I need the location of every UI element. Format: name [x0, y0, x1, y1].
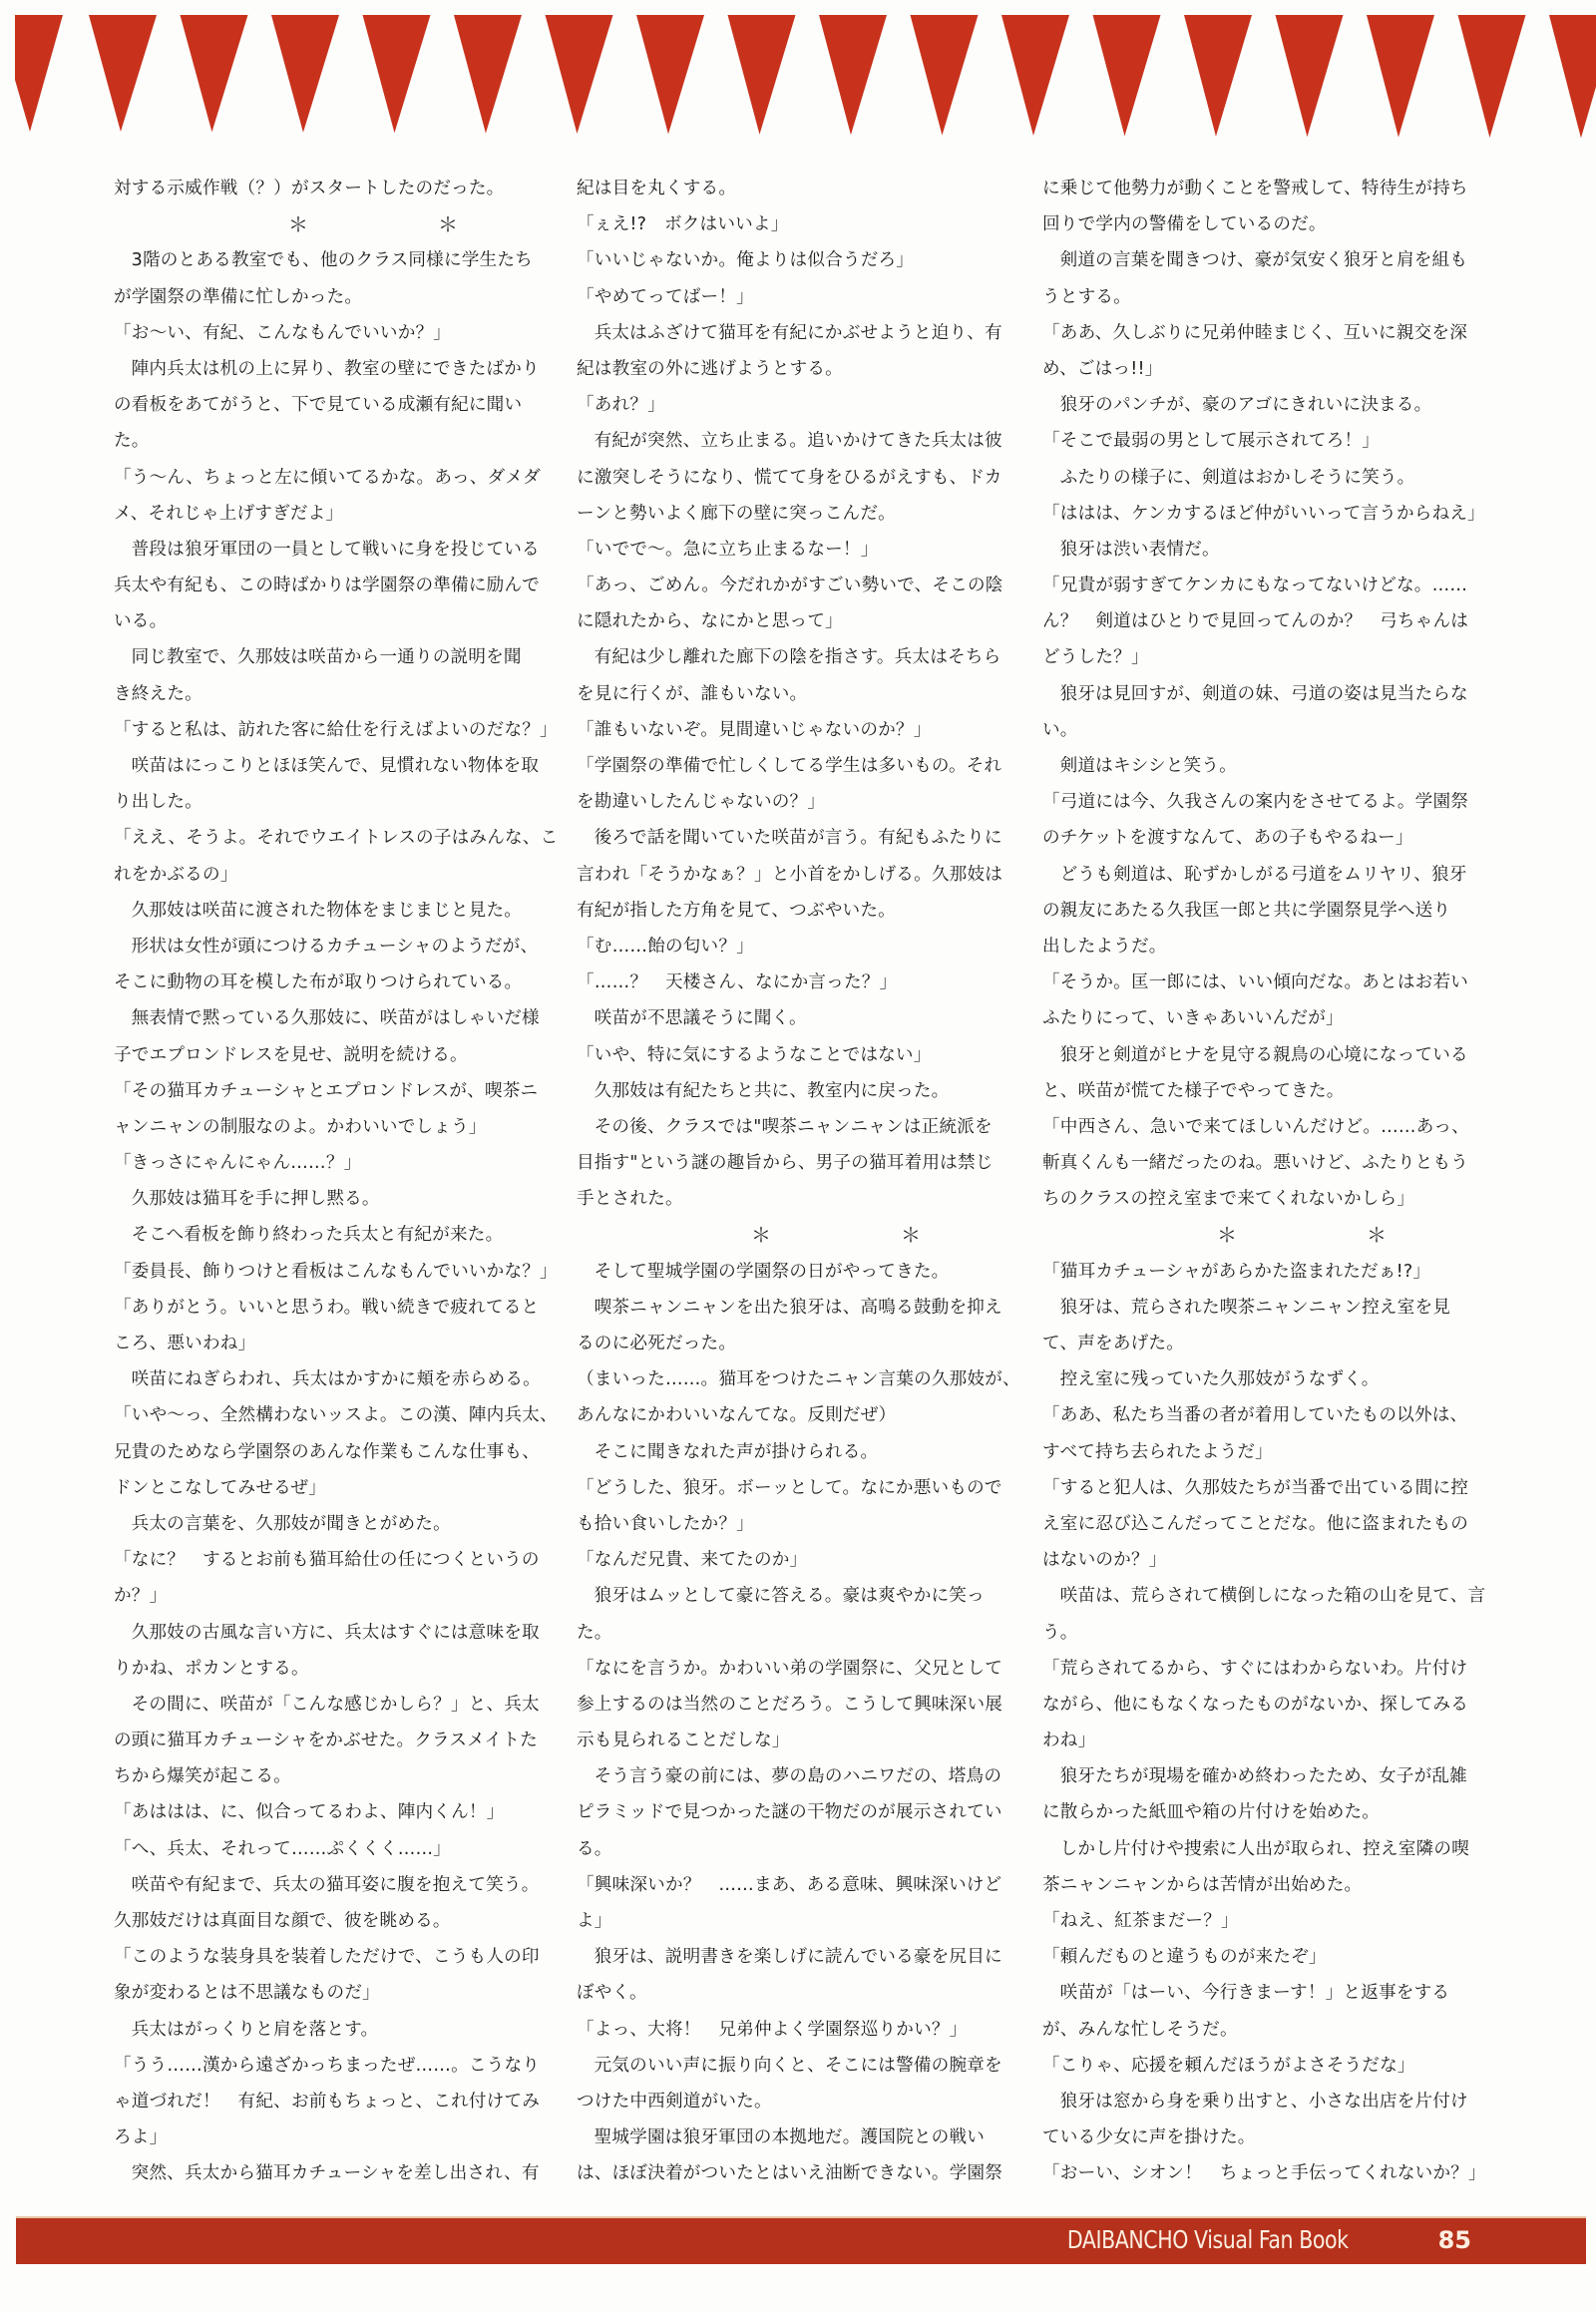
text-line: （まいった……。猫耳をつけたニャン言葉の久那妓が、: [577, 1361, 1015, 1397]
text-line: に乗じて他勢力が動くことを警戒して、特待生が持ち: [1042, 171, 1481, 206]
asterisk-right-icon: ＊: [438, 206, 458, 242]
text-line: 「兄貴が弱すぎてケンカにもなってないけどな。……: [1042, 568, 1481, 603]
text-line: ん？ 剣道はひとりで見回ってんのか？ 弓ちゃんは: [1042, 603, 1481, 639]
paragraph-start-line: 3階のとある教室でも、他のクラス同様に学生たち: [114, 242, 553, 278]
text-line: 「なにを言うか。かわいい弟の学園祭に、父兄として: [577, 1651, 1015, 1687]
text-line: い。: [1042, 712, 1481, 748]
text-line: 「委員長、飾りつけと看板はこんなもんでいいかな？」: [114, 1254, 553, 1290]
pennant-flags-decoration: [0, 0, 1596, 160]
paragraph-start-line: そこへ看板を飾り終わった兵太と有紀が来た。: [114, 1217, 553, 1253]
text-line: 「きっさにゃんにゃん……？」: [114, 1145, 553, 1181]
text-line: 「誰もいないぞ。見間違いじゃないのか？」: [577, 712, 1015, 748]
text-line: 茶ニャンニャンからは苦情が出始めた。: [1042, 1867, 1481, 1903]
paragraph-start-line: 久那妓は猫耳を手に押し黙る。: [114, 1181, 553, 1217]
text-line: ふたりにって、いきゃあいいんだが」: [1042, 1000, 1481, 1036]
paragraph-start-line: 咲苗はにっこりとほほ笑んで、見慣れない物体を取: [114, 748, 553, 784]
text-line: ちから爆笑が起こる。: [114, 1758, 553, 1794]
text-line: 「ああ、私たち当番の者が着用していたもの以外は、: [1042, 1397, 1481, 1433]
paragraph-start-line: 咲苗や有紀まで、兵太の猫耳姿に腹を抱えて笑う。: [114, 1867, 553, 1903]
text-line: た。: [577, 1615, 1015, 1651]
text-line: 紀は教室の外に逃げようとする。: [577, 351, 1015, 387]
text-line: そこに動物の耳を模した布が取りつけられている。: [114, 964, 553, 1000]
text-line: 兵太や有紀も、この時ばかりは学園祭の準備に励んで: [114, 568, 553, 603]
paragraph-start-line: 咲苗が不思議そうに聞く。: [577, 1000, 1015, 1036]
text-line: ころ、悪いわね」: [114, 1326, 553, 1361]
text-line: 「やめてってばー！」: [577, 279, 1015, 315]
paragraph-start-line: 狼牙のパンチが、豪のアゴにきれいに決まる。: [1042, 387, 1481, 423]
text-line: 手とされた。: [577, 1181, 1015, 1217]
asterisk-left-icon: ＊: [751, 1217, 771, 1253]
text-line: 出したようだ。: [1042, 929, 1481, 964]
paragraph-start-line: そして聖城学園の学園祭の日がやってきた。: [577, 1254, 1015, 1290]
paragraph-start-line: 狼牙は渋い表情だ。: [1042, 532, 1481, 568]
section-separator: ＊＊: [577, 1217, 1015, 1253]
paragraph-start-line: そこに聞きなれた声が掛けられる。: [577, 1434, 1015, 1470]
text-line: う。: [1042, 1615, 1481, 1651]
text-column-left: 対する示威作戦（？）がスタートしたのだった。＊＊3階のとある教室でも、他のクラス…: [114, 171, 553, 2192]
text-line: ている少女に声を掛けた。: [1042, 2120, 1481, 2155]
page-number: 85: [1438, 2226, 1471, 2254]
paragraph-start-line: 普段は狼牙軍団の一員として戦いに身を投じている: [114, 532, 553, 568]
text-line: 「こりゃ、応援を頼んだほうがよさそうだな」: [1042, 2048, 1481, 2084]
text-line: に隠れたから、なにかと思って」: [577, 603, 1015, 639]
text-line: 兄貴のためなら学園祭のあんな作業もこんな仕事も、: [114, 1434, 553, 1470]
paragraph-start-line: そう言う豪の前には、夢の島のハニワだの、塔鳥の: [577, 1758, 1015, 1794]
text-line: 「おーい、シオン！ ちょっと手伝ってくれないか？」: [1042, 2155, 1481, 2191]
paragraph-start-line: 同じ教室で、久那妓は咲苗から一通りの説明を聞: [114, 639, 553, 675]
text-line: ーンと勢いよく廊下の壁に突っこんだ。: [577, 496, 1015, 532]
text-line: 「ははは、ケンカするほど仲がいいって言うからねえ」: [1042, 496, 1481, 532]
text-line: ながら、他にもなくなったものがないか、探してみる: [1042, 1687, 1481, 1723]
paragraph-start-line: 突然、兵太から猫耳カチューシャを差し出され、有: [114, 2155, 553, 2191]
text-line: るのに必死だった。: [577, 1326, 1015, 1361]
paragraph-start-line: 咲苗は、荒らされて横倒しになった箱の山を見て、言: [1042, 1578, 1481, 1614]
text-line: め、ごはっ!!」: [1042, 351, 1481, 387]
text-line: 言われ「そうかなぁ？」と小首をかしげる。久那妓は: [577, 857, 1015, 893]
text-line: 斬真くんも一緒だったのね。悪いけど、ふたりともう: [1042, 1145, 1481, 1181]
paragraph-start-line: 狼牙は窓から身を乗り出すと、小さな出店を片付け: [1042, 2084, 1481, 2120]
paragraph-start-line: 形状は女性が頭につけるカチューシャのようだが、: [114, 929, 553, 964]
text-line: 目指す"という謎の趣旨から、男子の猫耳着用は禁じ: [577, 1145, 1015, 1181]
paragraph-start-line: 剣道の言葉を聞きつけ、豪が気安く狼牙と肩を組も: [1042, 242, 1481, 278]
text-column-right: に乗じて他勢力が動くことを警戒して、特待生が持ち回りで学内の警備をしているのだ。…: [1042, 171, 1481, 2192]
text-line: ちのクラスの控え室まで来てくれないかしら」: [1042, 1181, 1481, 1217]
paragraph-start-line: 喫茶ニャンニャンを出た狼牙は、高鳴る鼓動を抑え: [577, 1290, 1015, 1326]
text-line: 「そうか。匡一郎には、いい傾向だな。あとはお若い: [1042, 964, 1481, 1000]
text-line: 「うう……漢から遠ざかっちまったぜ……。こうなり: [114, 2048, 553, 2084]
paragraph-start-line: 兵太の言葉を、久那妓が聞きとがめた。: [114, 1506, 553, 1542]
text-line: 参上するのは当然のことだろう。こうして興味深い展: [577, 1687, 1015, 1723]
text-line: いる。: [114, 603, 553, 639]
paragraph-start-line: 狼牙と剣道がヒナを見守る親鳥の心境になっている: [1042, 1037, 1481, 1073]
text-line: すべて持ち去られたようだ」: [1042, 1434, 1481, 1470]
text-line: 「なに？ するとお前も猫耳給仕の任につくというの: [114, 1542, 553, 1578]
text-line: 「……？ 天楼さん、なにか言った？」: [577, 964, 1015, 1000]
text-line: 「あっ、ごめん。今だれかがすごい勢いで、そこの陰: [577, 568, 1015, 603]
paragraph-start-line: 久那妓は咲苗に渡された物体をまじまじと見た。: [114, 893, 553, 929]
text-line: 「ええ、そうよ。それでウエイトレスの子はみんな、こ: [114, 820, 553, 856]
text-line: 「う〜ん、ちょっと左に傾いてるかな。あっ、ダメダ: [114, 460, 553, 496]
text-line: 「どうした、狼牙。ボーッとして。なにか悪いもので: [577, 1470, 1015, 1506]
paragraph-start-line: 兵太はがっくりと肩を落とす。: [114, 2012, 553, 2048]
text-line: ゃ道づれだ！ 有紀、お前もちょっと、これ付けてみ: [114, 2084, 553, 2120]
text-line: 「ねえ、紅茶まだー？」: [1042, 1903, 1481, 1939]
text-line: 「ああ、久しぶりに兄弟仲睦まじく、互いに親交を深: [1042, 315, 1481, 351]
text-line: も拾い食いしたか？」: [577, 1506, 1015, 1542]
paragraph-start-line: 久那妓は有紀たちと共に、教室内に戻った。: [577, 1073, 1015, 1109]
text-line: うとする。: [1042, 279, 1481, 315]
paragraph-start-line: 控え室に残っていた久那妓がうなずく。: [1042, 1361, 1481, 1397]
text-line: わね」: [1042, 1723, 1481, 1758]
text-line: 「頼んだものと違うものが来たぞ」: [1042, 1939, 1481, 1975]
paragraph-start-line: その後、クラスでは"喫茶ニャンニャンは正統派を: [577, 1109, 1015, 1145]
bunting-pennant-banner: [0, 0, 1596, 160]
paragraph-start-line: 久那妓の古風な言い方に、兵太はすぐには意味を取: [114, 1615, 553, 1651]
text-line: 「お〜い、有紀、こんなもんでいいか？」: [114, 315, 553, 351]
paragraph-start-line: しかし片付けや捜索に人出が取られ、控え室隣の喫: [1042, 1831, 1481, 1867]
section-separator: ＊＊: [1042, 1217, 1481, 1253]
text-line: 子でエプロンドレスを見せ、説明を続ける。: [114, 1037, 553, 1073]
footer-bar: DAIBANCHO Visual Fan Book 85: [16, 2216, 1586, 2264]
text-line: 「興味深いか？ ……まあ、ある意味、興味深いけど: [577, 1867, 1015, 1903]
text-line: と、咲苗が慌てた様子でやってきた。: [1042, 1073, 1481, 1109]
text-line: を見に行くが、誰もいない。: [577, 676, 1015, 712]
paragraph-start-line: 狼牙は見回すが、剣道の妹、弓道の姿は見当たらな: [1042, 676, 1481, 712]
text-line: ろよ」: [114, 2120, 553, 2155]
text-line: 「いや〜っ、全然構わないッスよ。この漢、陣内兵太、: [114, 1397, 553, 1433]
text-line: が、みんな忙しそうだ。: [1042, 2012, 1481, 2048]
text-line: る。: [577, 1831, 1015, 1867]
text-line: 「よっ、大将！ 兄弟仲よく学園祭巡りかい？」: [577, 2012, 1015, 2048]
text-line: 「あれ？」: [577, 387, 1015, 423]
text-line: 対する示威作戦（？）がスタートしたのだった。: [114, 171, 553, 206]
text-line: 「すると私は、訪れた客に給仕を行えばよいのだな？」: [114, 712, 553, 748]
paragraph-start-line: 元気のいい声に振り向くと、そこには警備の腕章を: [577, 2048, 1015, 2084]
text-line: 「そこで最弱の男として展示されてろ！」: [1042, 423, 1481, 459]
text-line: 「む……飴の匂い？」: [577, 929, 1015, 964]
text-line: どうした？」: [1042, 639, 1481, 675]
asterisk-right-icon: ＊: [1367, 1217, 1387, 1253]
text-line: の頭に猫耳カチューシャをかぶせた。クラスメイトた: [114, 1723, 553, 1758]
text-line: 「中西さん、急いで来てほしいんだけど。……あっ、: [1042, 1109, 1481, 1145]
text-line: のチケットを渡すなんて、あの子もやるねー」: [1042, 820, 1481, 856]
text-line: はないのか？」: [1042, 1542, 1481, 1578]
text-line: に激突しそうになり、慌てて身をひるがえすも、ドカ: [577, 460, 1015, 496]
asterisk-right-icon: ＊: [901, 1217, 921, 1253]
text-line: りかね、ポカンとする。: [114, 1651, 553, 1687]
text-line: 久那妓だけは真面目な顔で、彼を眺める。: [114, 1903, 553, 1939]
text-line: ドンとこなしてみせるぜ」: [114, 1470, 553, 1506]
text-line: の看板をあてがうと、下で見ている成瀬有紀に聞い: [114, 387, 553, 423]
text-line: 回りで学内の警備をしているのだ。: [1042, 206, 1481, 242]
paragraph-start-line: 咲苗が「はーい、今行きまーす！」と返事をする: [1042, 1975, 1481, 2011]
paragraph-start-line: 兵太はふざけて猫耳を有紀にかぶせようと迫り、有: [577, 315, 1015, 351]
text-line: を勘違いしたんじゃないの？」: [577, 784, 1015, 820]
text-line: 示も見られることだしな」: [577, 1723, 1015, 1758]
paragraph-start-line: 陣内兵太は机の上に昇り、教室の壁にできたばかり: [114, 351, 553, 387]
text-line: 「ぇえ!? ボクはいいよ」: [577, 206, 1015, 242]
text-line: れをかぶるの」: [114, 857, 553, 893]
asterisk-left-icon: ＊: [288, 206, 308, 242]
paragraph-start-line: 聖城学園は狼牙軍団の本拠地だ。護国院との戦い: [577, 2120, 1015, 2155]
text-line: 「いでで〜。急に立ち止まるなー！」: [577, 532, 1015, 568]
text-line: は、ほぼ決着がついたとはいえ油断できない。学園祭: [577, 2155, 1015, 2191]
text-line: 「学園祭の準備で忙しくしてる学生は多いもの。それ: [577, 748, 1015, 784]
text-line: 紀は目を丸くする。: [577, 171, 1015, 206]
text-line: 象が変わるとは不思議なものだ」: [114, 1975, 553, 2011]
text-line: あんなにかわいいなんてな。反則だぜ）: [577, 1397, 1015, 1433]
text-line: き終えた。: [114, 676, 553, 712]
text-line: 「荒らされてるから、すぐにはわからないわ。片付け: [1042, 1651, 1481, 1687]
paragraph-start-line: 有紀は少し離れた廊下の陰を指さす。兵太はそちら: [577, 639, 1015, 675]
text-line: 「あははは、に、似合ってるわよ、陣内くん！」: [114, 1794, 553, 1830]
text-column-middle: 紀は目を丸くする。「ぇえ!? ボクはいいよ」「いいじゃないか。俺よりは似合うだろ…: [577, 171, 1015, 2192]
text-line: が学園祭の準備に忙しかった。: [114, 279, 553, 315]
text-line: ャンニャンの制服なのよ。かわいいでしょう」: [114, 1109, 553, 1145]
text-line: 「猫耳カチューシャがあらかた盗まれただぁ!?」: [1042, 1254, 1481, 1290]
text-line: か？」: [114, 1578, 553, 1614]
text-line: 「その猫耳カチューシャとエプロンドレスが、喫茶ニ: [114, 1073, 553, 1109]
text-line: よ」: [577, 1903, 1015, 1939]
paragraph-start-line: 剣道はキシシと笑う。: [1042, 748, 1481, 784]
text-line: り出した。: [114, 784, 553, 820]
text-line: 「ありがとう。いいと思うわ。戦い続きで疲れてると: [114, 1290, 553, 1326]
text-line: メ、それじゃ上げすぎだよ」: [114, 496, 553, 532]
text-line: 「いいじゃないか。俺よりは似合うだろ」: [577, 242, 1015, 278]
paragraph-start-line: 後ろで話を聞いていた咲苗が言う。有紀もふたりに: [577, 820, 1015, 856]
text-line: つけた中西剣道がいた。: [577, 2084, 1015, 2120]
paragraph-start-line: 狼牙は、荒らされた喫茶ニャンニャン控え室を見: [1042, 1290, 1481, 1326]
footer-book-title: DAIBANCHO Visual Fan Book: [1067, 2225, 1349, 2254]
paragraph-start-line: ふたりの様子に、剣道はおかしそうに笑う。: [1042, 460, 1481, 496]
asterisk-left-icon: ＊: [1217, 1217, 1237, 1253]
paragraph-start-line: 無表情で黙っている久那妓に、咲苗がはしゃいだ様: [114, 1000, 553, 1036]
text-line: 「へ、兵太、それって……ぷくくく……」: [114, 1831, 553, 1867]
text-line: 「いや、特に気にするようなことではない」: [577, 1037, 1015, 1073]
text-line: て、声をあげた。: [1042, 1326, 1481, 1361]
paragraph-start-line: 狼牙たちが現場を確かめ終わったため、女子が乱雑: [1042, 1758, 1481, 1794]
text-line: ピラミッドで見つかった謎の干物だのが展示されてい: [577, 1794, 1015, 1830]
text-line: え室に忍び込こんだってことだな。他に盗まれたもの: [1042, 1506, 1481, 1542]
paragraph-start-line: 狼牙はムッとして豪に答える。豪は爽やかに笑っ: [577, 1578, 1015, 1614]
text-line: た。: [114, 423, 553, 459]
paragraph-start-line: その間に、咲苗が「こんな感じかしら？」と、兵太: [114, 1687, 553, 1723]
paragraph-start-line: 咲苗にねぎらわれ、兵太はかすかに頬を赤らめる。: [114, 1361, 553, 1397]
paragraph-start-line: どうも剣道は、恥ずかしがる弓道をムリヤリ、狼牙: [1042, 857, 1481, 893]
text-line: 「なんだ兄貴、来てたのか」: [577, 1542, 1015, 1578]
section-separator: ＊＊: [114, 206, 553, 242]
text-line: 「すると犯人は、久那妓たちが当番で出ている間に控: [1042, 1470, 1481, 1506]
text-line: 「このような装身具を装着しただけで、こうも人の印: [114, 1939, 553, 1975]
paragraph-start-line: 狼牙は、説明書きを楽しげに読んでいる豪を尻目に: [577, 1939, 1015, 1975]
paragraph-start-line: 有紀が突然、立ち止まる。追いかけてきた兵太は彼: [577, 423, 1015, 459]
text-line: 有紀が指した方角を見て、つぶやいた。: [577, 893, 1015, 929]
text-line: ぼやく。: [577, 1975, 1015, 2011]
text-line: の親友にあたる久我匡一郎と共に学園祭見学へ送り: [1042, 893, 1481, 929]
text-line: 「弓道には今、久我さんの案内をさせてるよ。学園祭: [1042, 784, 1481, 820]
text-line: に散らかった紙皿や箱の片付けを始めた。: [1042, 1794, 1481, 1830]
